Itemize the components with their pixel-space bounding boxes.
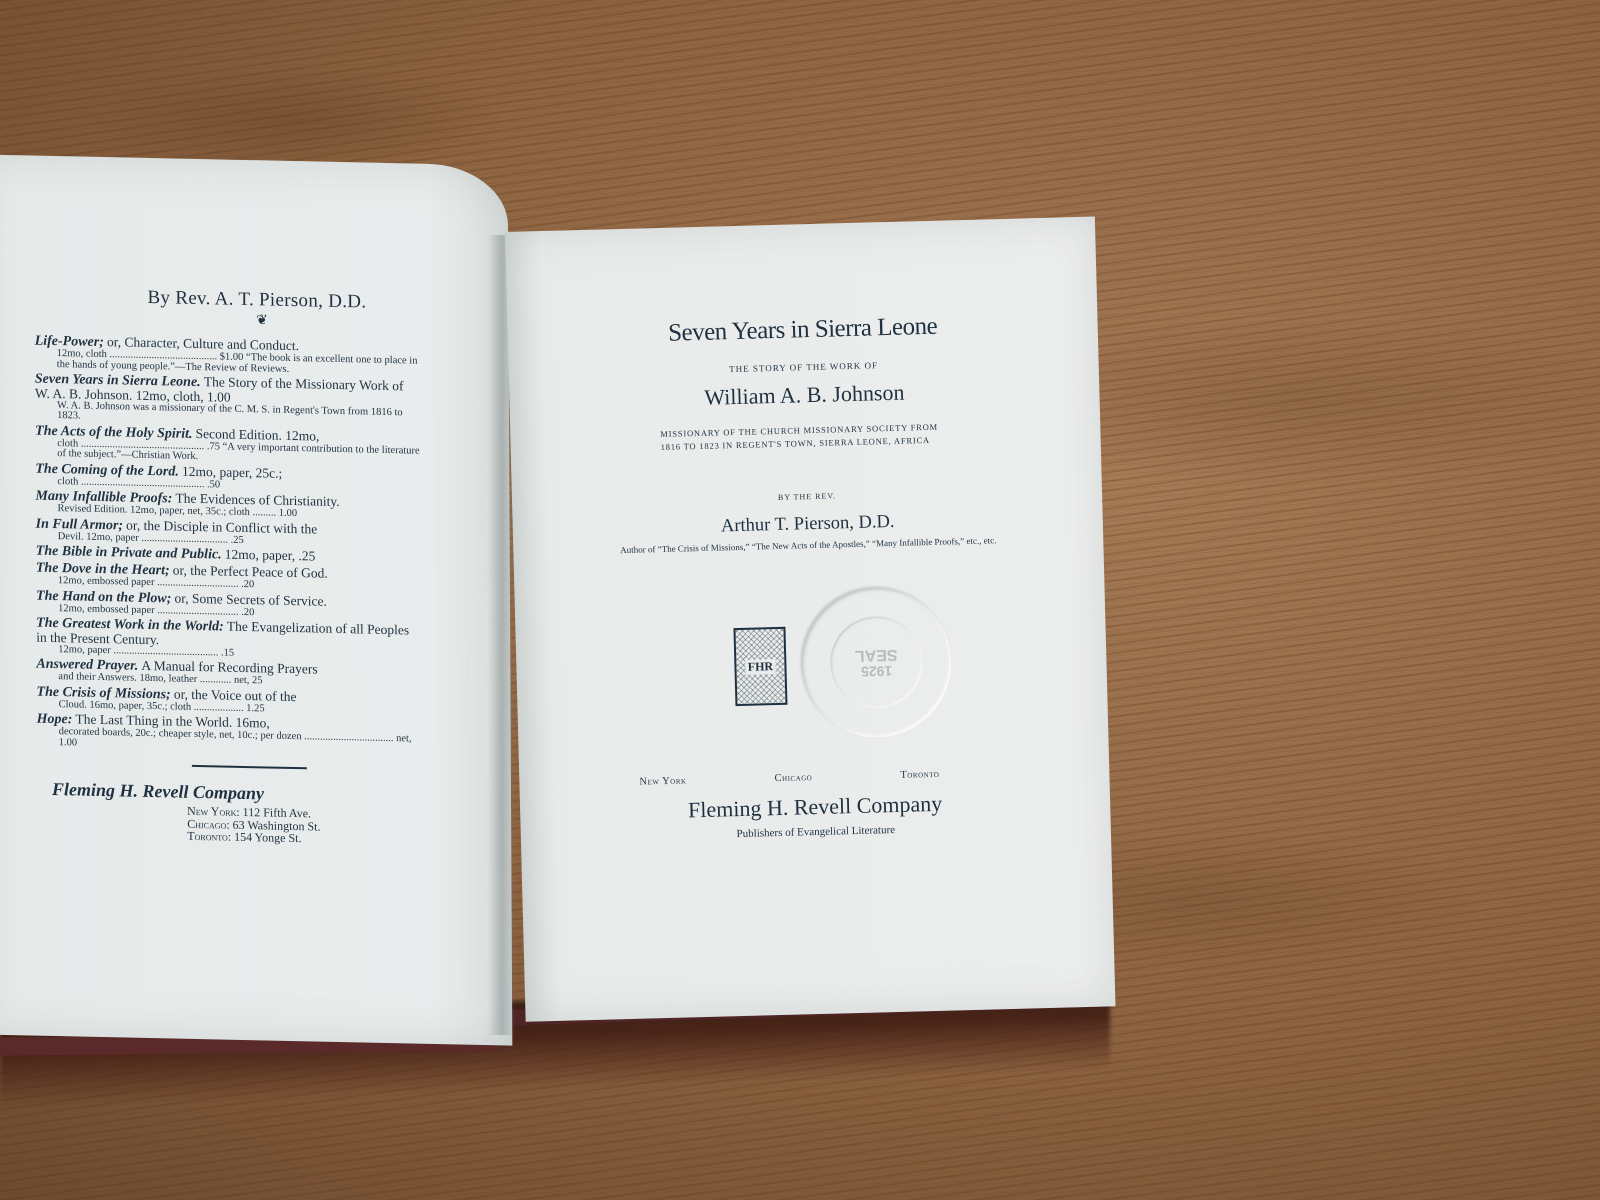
title-page: Seven Years in Sierra Leone THE STORY OF… bbox=[505, 217, 1115, 1022]
by-the-rev-label: BY THE REV. bbox=[512, 484, 1102, 508]
book-entry: Seven Years in Sierra Leone. The Story o… bbox=[35, 372, 420, 430]
book-advertisement-list: By Rev. A. T. Pierson, D.D. ❦ Life-Power… bbox=[34, 286, 422, 848]
publisher-cities: New York Chicago Toronto bbox=[639, 769, 939, 788]
book-entry: Hope: The Last Thing in the World. 16mo,… bbox=[37, 712, 422, 756]
publisher-logo-icon: FHR bbox=[733, 627, 787, 706]
subject-name: William A. B. Johnson bbox=[509, 375, 1099, 416]
book-entry: The Acts of the Holy Spirit. Second Edit… bbox=[35, 423, 420, 467]
book-title: Seven Years in Sierra Leone bbox=[507, 309, 1098, 352]
left-page: By Rev. A. T. Pierson, D.D. ❦ Life-Power… bbox=[0, 154, 512, 1045]
embossed-seal-icon: 1925 SEAL bbox=[799, 585, 953, 739]
book-entry: The Greatest Work in the World: The Evan… bbox=[36, 616, 421, 663]
book-entry: Life-Power; or, Character, Culture and C… bbox=[35, 334, 420, 378]
publisher-name: Fleming H. Revell Company bbox=[52, 780, 422, 806]
missionary-note: MISSIONARY OF THE CHURCH MISSIONARY SOCI… bbox=[660, 420, 961, 453]
fleuron-ornament-icon: ❦ bbox=[105, 311, 420, 332]
ad-heading: By Rev. A. T. Pierson, D.D. bbox=[94, 287, 419, 313]
divider-rule bbox=[192, 765, 307, 769]
title-page-content: Seven Years in Sierra Leone THE STORY OF… bbox=[505, 217, 1095, 232]
publisher-addresses: New York: 112 Fifth Ave. Chicago: 63 Was… bbox=[187, 805, 422, 848]
